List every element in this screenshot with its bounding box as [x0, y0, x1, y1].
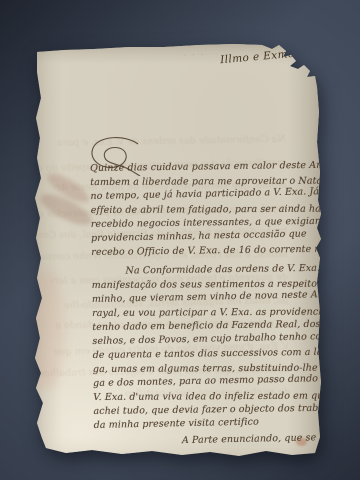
- manuscript-paper: Na Conformidade das ordens de V. Exa. e …: [34, 42, 322, 460]
- photo-background: Na Conformidade das ordens de V. Exa. e …: [0, 0, 360, 480]
- closing-line: A Parte enunciando, que se tem: [94, 431, 324, 450]
- manuscript-line: de quarenta e tantos dias successivos co…: [93, 346, 323, 363]
- paragraph-1: Quinze dias cuidava passava em calor des…: [90, 159, 321, 260]
- paper-shadow: Na Conformidade das ordens de V. Exa. e …: [34, 42, 322, 460]
- manuscript-line: recebo o Officio de V. Exa. de 16 do cor…: [91, 243, 321, 260]
- salutation: Illmo e Exmo Snr: [220, 46, 319, 67]
- faint-pencil-marks: · · ·: [184, 51, 205, 59]
- manuscript-line: Na Conformidade das ordens de V. Exa. e …: [91, 262, 321, 279]
- manuscript-line: Quinze dias cuidava passava em calor des…: [90, 159, 320, 176]
- letter-body: Quinze dias cuidava passava em calor des…: [90, 159, 324, 450]
- paragraph-2: Na Conformidade das ordens de V. Exa. e …: [91, 262, 323, 433]
